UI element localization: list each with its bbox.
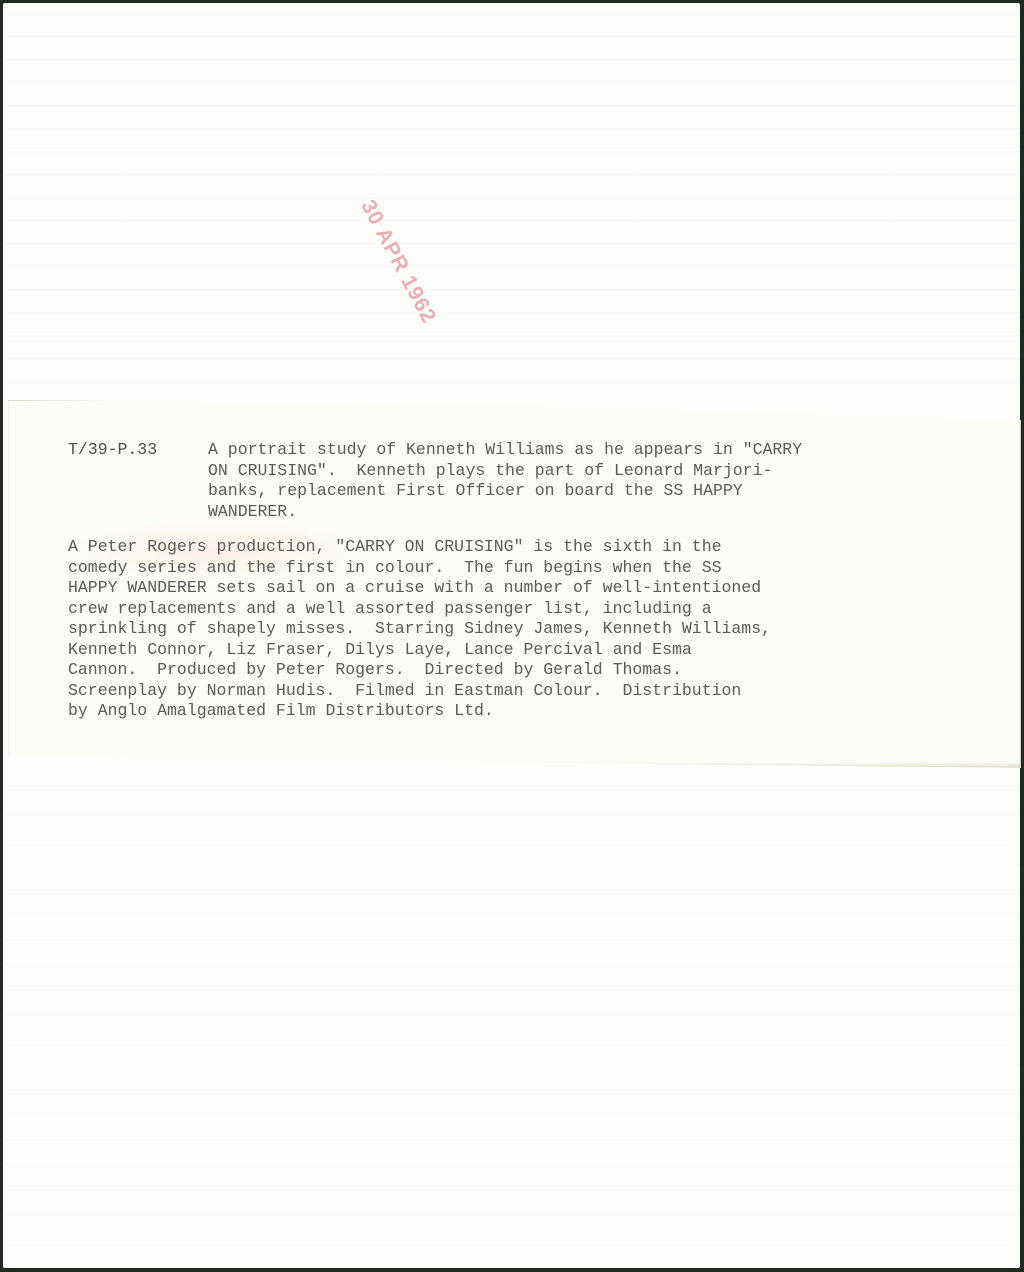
- body-line: HAPPY WANDERER sets sail on a cruise wit…: [68, 578, 998, 599]
- show-through-text-upper: [3, 3, 1020, 403]
- caption-text: T/39-P.33 A portrait study of Kenneth Wi…: [68, 440, 998, 722]
- caption-lead-paragraph: A portrait study of Kenneth Williams as …: [208, 440, 998, 522]
- show-through-text-lower: [3, 783, 1020, 1263]
- caption-body-paragraph: A Peter Rogers production, "CARRY ON CRU…: [68, 537, 998, 722]
- lead-line: ON CRUISING". Kenneth plays the part of …: [208, 461, 998, 482]
- body-line: sprinkling of shapely misses. Starring S…: [68, 619, 998, 640]
- photo-reference-code: T/39-P.33: [68, 440, 208, 461]
- body-line: Cannon. Produced by Peter Rogers. Direct…: [68, 660, 998, 681]
- body-line: Kenneth Connor, Liz Fraser, Dilys Laye, …: [68, 640, 998, 661]
- body-line: crew replacements and a well assorted pa…: [68, 599, 998, 620]
- body-line: by Anglo Amalgamated Film Distributors L…: [68, 701, 998, 722]
- lead-line: A portrait study of Kenneth Williams as …: [208, 440, 998, 461]
- body-line: A Peter Rogers production, "CARRY ON CRU…: [68, 537, 998, 558]
- lead-line: banks, replacement First Officer on boar…: [208, 481, 998, 502]
- caption-header-row: T/39-P.33 A portrait study of Kenneth Wi…: [68, 440, 998, 522]
- lead-line: WANDERER.: [208, 502, 998, 523]
- body-line: Screenplay by Norman Hudis. Filmed in Ea…: [68, 681, 998, 702]
- body-line: comedy series and the first in colour. T…: [68, 558, 998, 579]
